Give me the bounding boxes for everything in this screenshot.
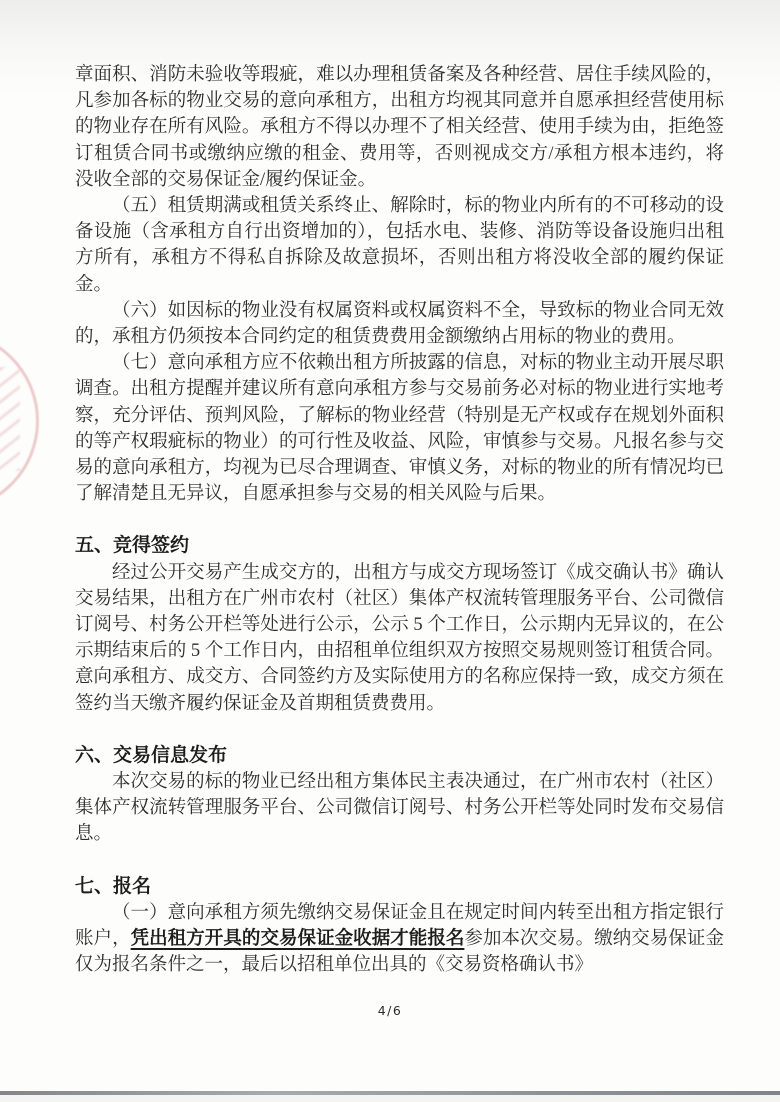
- deposit-receipt-emphasis-text: 凭出租方开具的交易保证金收据才能报名: [131, 929, 465, 949]
- section-7-heading: 七、报名: [75, 874, 724, 900]
- page-number: 4/6: [0, 1003, 780, 1018]
- clause-item-6: （六）如因标的物业没有权属资料或权属资料不全，导致标的物业合同无效的，承租方仍须…: [75, 298, 724, 350]
- clause-item-7: （七）意向承租方应不依赖出租方所披露的信息，对标的物业主动开展尽职调查。出租方提…: [75, 350, 724, 507]
- carryover-paragraph: 章面积、消防未验收等瑕疵，难以办理租赁备案及各种经营、居住手续风险的，凡参加各标…: [75, 62, 724, 193]
- section-6-paragraph: 本次交易的标的物业已经出租方集体民主表决通过，在广州市农村（社区）集体产权流转管…: [75, 769, 724, 848]
- section-6-heading: 六、交易信息发布: [75, 743, 724, 769]
- document-content: 章面积、消防未验收等瑕疵，难以办理租赁备案及各种经营、居住手续风险的，凡参加各标…: [75, 62, 724, 979]
- clause-item-5: （五）租赁期满或租赁关系终止、解除时，标的物业内所有的不可移动的设备设施（含承租…: [75, 193, 724, 298]
- scan-bottom-edge: [0, 1091, 780, 1095]
- section-5-paragraph: 经过公开交易产生成交方的，出租方与成交方现场签订《成交确认书》确认交易结果，出租…: [75, 560, 724, 717]
- document-page: 章面积、消防未验收等瑕疵，难以办理租赁备案及各种经营、居住手续风险的，凡参加各标…: [0, 0, 780, 1102]
- section-7-paragraph: （一）意向承租方须先缴纳交易保证金且在规定时间内转至出租方指定银行账户，凭出租方…: [75, 900, 724, 979]
- red-seal-stamp: [0, 330, 39, 512]
- section-5-heading: 五、竞得签约: [75, 533, 724, 559]
